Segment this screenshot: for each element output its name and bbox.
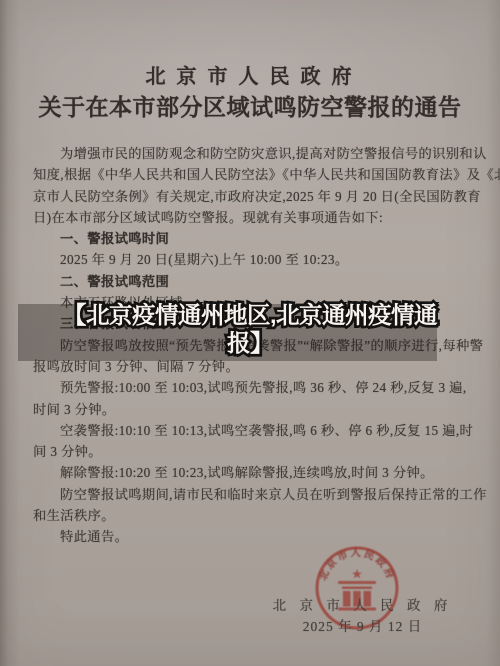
section-heading-2: 二、警报试鸣范围 <box>33 271 477 292</box>
doc-line: 日)在本市部分区域试鸣防空警报。现就有关事项通告如下: <box>33 207 477 228</box>
signature-date: 2025 年 9 月 12 日 <box>270 615 455 635</box>
notice-title: 关于在本市部分区域试鸣防空警报的通告 <box>0 89 500 122</box>
doc-line: 知度,根据《中华人民共和国人民防空法》《中华人民共和国国防教育法》及《北 <box>33 164 477 185</box>
caption-overlay: 【北京疫情通州地区,北京通州疫情通 报】 【北京疫情通州地区,北京通州疫情通 报… <box>0 301 500 357</box>
doc-line: 空袭警报:10:10 至 10:13,试鸣空袭警报,鸣 6 秒、停 6 秒,反复… <box>33 420 477 441</box>
section-heading-1: 一、警报试鸣时间 <box>33 228 477 249</box>
issuer-title: 北 京 市 人 民 政 府 <box>0 60 500 89</box>
doc-line: 为增强市民的国防观念和防空防灾意识,提高对防空警报信号的识别和认 <box>33 143 477 164</box>
doc-line: 解除警报:10:20 至 10:23,试鸣解除警报,连续鸣放,时间 3 分钟。 <box>33 462 477 483</box>
doc-line: 京市人民防空条例》有关规定,市政府决定,2025 年 9 月 20 日(全民国防… <box>33 186 477 207</box>
caption-text: 【北京疫情通州地区,北京通州疫情通 报】 <box>0 301 500 357</box>
doc-line: 2025 年 9 月 20 日(星期六)上午 10:00 至 10:23。 <box>33 249 477 270</box>
doc-line: 预先警报:10:00 至 10:03,试鸣预先警报,鸣 36 秒、停 24 秒,… <box>33 377 477 398</box>
seal-arc-text: 北京市人民政府 <box>317 546 398 582</box>
doc-line: 间 3 分钟。 <box>33 441 477 462</box>
signature-issuer: 北 京 市 人 民 政 府 <box>270 594 455 614</box>
doc-line: 防空警报试鸣期间,请市民和临时来京人员在听到警报后保持正常的工作 <box>33 484 477 505</box>
doc-line: 时间 3 分钟。 <box>33 399 477 420</box>
doc-line: 特此通告。 <box>33 526 477 547</box>
doc-line: 和生活秩序。 <box>33 505 477 526</box>
